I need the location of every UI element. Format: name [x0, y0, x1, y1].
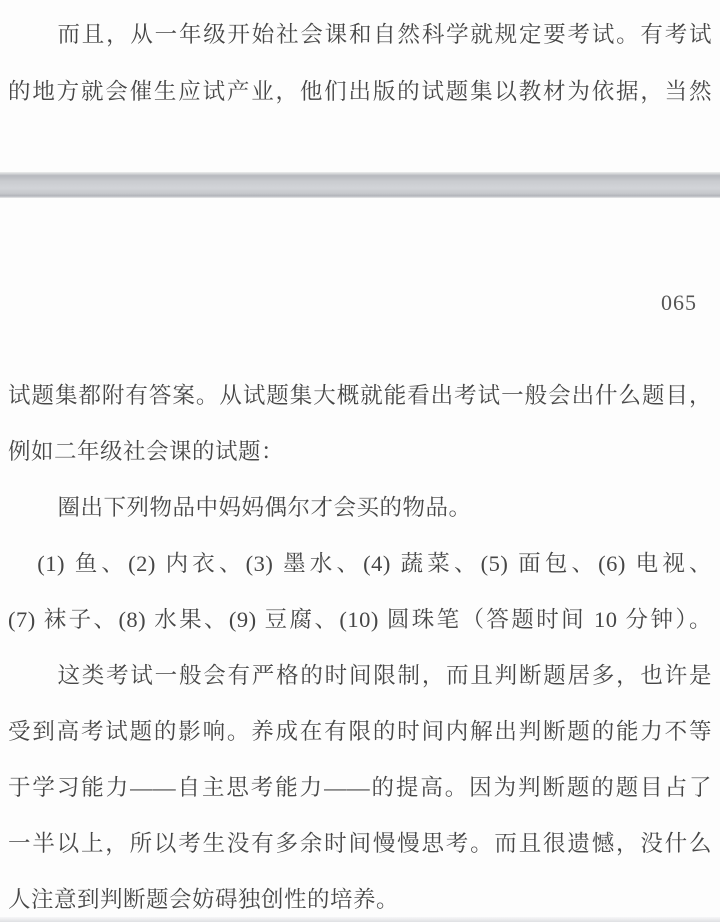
text-line: 一半以上，所以考生没有多余时间慢慢思考。而且很遗憾，没什么 [8, 816, 712, 872]
text-line: 而且，从一年级开始社会课和自然科学就规定要考试。有考试 [8, 6, 712, 63]
text-line: 例如二年级社会课的试题： [8, 424, 712, 480]
text-line: 这类考试一般会有严格的时间限制，而且判断题居多，也许是 [8, 648, 712, 704]
text-line: (1) 鱼、(2) 内衣、(3) 墨水、(4) 蔬菜、(5) 面包、(6) 电视… [8, 536, 712, 592]
ebook-reader-canvas[interactable]: 而且，从一年级开始社会课和自然科学就规定要考试。有考试 的地方就会催生应试产业，… [0, 0, 720, 922]
text-line: 人注意到判断题会妨碍独创性的培养。 [8, 872, 712, 922]
text-line: 的地方就会催生应试产业，他们出版的试题集以教材为依据，当然 [8, 63, 712, 120]
page-separator [0, 172, 720, 198]
text-line: 圈出下列物品中妈妈偶尔才会买的物品。 [8, 480, 712, 536]
page-number: 065 [661, 290, 697, 316]
text-line: 于学习能力——自主思考能力——的提高。因为判断题的题目占了 [8, 760, 712, 816]
next-page-separator-edge [0, 917, 720, 922]
text-line: (7) 袜子、(8) 水果、(9) 豆腐、(10) 圆珠笔（答题时间 10 分钟… [8, 592, 712, 648]
text-line: 试题集都附有答案。从试题集大概就能看出考试一般会出什么题目， [8, 368, 712, 424]
current-page[interactable]: 065 试题集都附有答案。从试题集大概就能看出考试一般会出什么题目， 例如二年级… [0, 198, 720, 922]
page-body-text: 试题集都附有答案。从试题集大概就能看出考试一般会出什么题目， 例如二年级社会课的… [8, 368, 712, 922]
previous-page-fragment[interactable]: 而且，从一年级开始社会课和自然科学就规定要考试。有考试 的地方就会催生应试产业，… [0, 0, 720, 172]
text-line: 受到高考试题的影响。养成在有限的时间内解出判断题的能力不等 [8, 704, 712, 760]
